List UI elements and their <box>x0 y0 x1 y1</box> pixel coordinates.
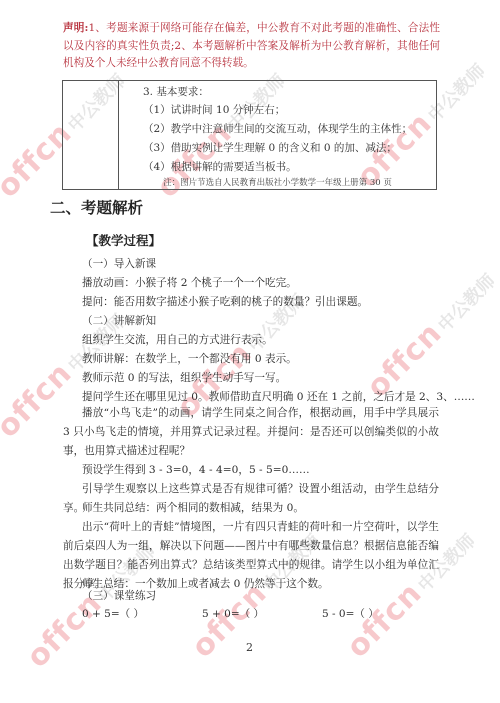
table-left-cell <box>63 81 119 189</box>
requirement-item: （1）试讲时间 10 分钟左右； <box>143 102 285 117</box>
disclaimer-text: 1、考题来源于网络可能存在偏差，中公教育不对此考题的准确性、合法性以及内容的真实… <box>63 22 440 69</box>
disclaimer: 声明:1、考题来源于网络可能存在偏差，中公教育不对此考题的准确性、合法性以及内容… <box>63 20 440 73</box>
part-title: （二）讲解新知 <box>82 313 156 328</box>
body-line: 播放动画：小猴子将 2 个桃子一个一个吃完。 <box>82 275 297 290</box>
exercise-item: 5 - 0=（ ） <box>322 606 379 621</box>
part-title: （一）导入新课 <box>82 256 156 271</box>
table-right-cell: 3. 基本要求： （1）试讲时间 10 分钟左右； （2）教学中注意师生间的交流… <box>119 81 436 189</box>
section-heading: 二、考题解析 <box>50 196 143 218</box>
body-line: 教师示范 0 的写法，组织学生动手写一写。 <box>82 370 286 385</box>
body-paragraph: 师生共同总结：两个相同的数相减，结果为 0。 <box>63 499 439 518</box>
exercise-item: 5 + 0=（ ） <box>202 606 264 621</box>
requirements-title: 3. 基本要求： <box>143 84 209 99</box>
document-page: offcn中公教师 offcn中公教师 offcn中公教师 offcn中公教师 … <box>0 0 500 703</box>
body-paragraph: 播放“小鸟飞走”的动画，请学生同桌之间合作，根据动画，用手中学具展示 3 只小鸟… <box>63 404 439 461</box>
body-line: 提问：能否用数字描述小猴子吃剩的桃子的数量？引出课题。 <box>82 294 368 309</box>
requirement-item: （2）教学中注意师生间的交流互动，体现学生的主体性； <box>143 121 412 136</box>
body-line: 教师讲解：在数学上，一个都没有用 0 表示。 <box>82 351 297 366</box>
watermark: offcn中公教师 <box>360 263 500 405</box>
body-line: 组织学生交流，用自己的方式进行表示。 <box>82 332 273 347</box>
disclaimer-label: 声明: <box>63 22 88 34</box>
requirements-table: 3. 基本要求： （1）试讲时间 10 分钟左右； （2）教学中注意师生间的交流… <box>62 80 437 190</box>
subsection-heading: 【教学过程】 <box>86 231 161 249</box>
table-note: 注：图片节选自人民教育出版社小学数学一年级上册第 30 页 <box>119 176 436 188</box>
page-number: 2 <box>246 641 253 654</box>
exercise-item: 0 + 5=（ ） <box>82 606 144 621</box>
requirement-item: （4）根据讲解的需要适当板书。 <box>143 159 297 174</box>
part-title: （三）课堂练习 <box>82 588 156 603</box>
requirement-item: （3）借助实例让学生理解 0 的含义和 0 的加、减法； <box>143 140 397 155</box>
body-line: 提问学生还在哪里见过 0。教师借助直尺明确 0 还在 1 之前，之后才是 2、3… <box>82 389 475 404</box>
body-paragraph: 预设学生得到 3 - 3=0，4 - 4=0，5 - 5=0…… <box>63 461 439 480</box>
